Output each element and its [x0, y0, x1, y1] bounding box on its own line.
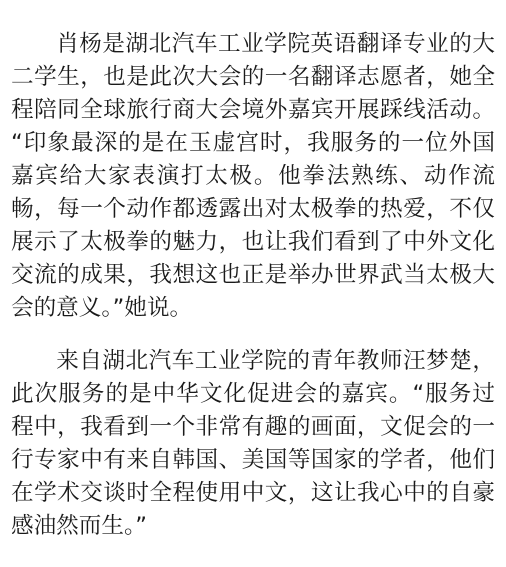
text-line: 展示了太极拳的魅力，也让我们看到了中外文化: [11, 226, 495, 259]
text-line: 二学生，也是此次大会的一名翻译志愿者，她全: [11, 61, 495, 94]
text-line: 程中，我看到一个非常有趣的画面，文促会的一: [11, 411, 495, 444]
paragraph-wang-mengchu: 来自湖北汽车工业学院的青年教师汪梦楚， 此次服务的是中华文化促进会的嘉宾。“服务…: [11, 345, 495, 543]
text-line: “印象最深的是在玉虚宫时，我服务的一位外国: [11, 127, 495, 160]
text-line: 嘉宾给大家表演打太极。他拳法熟练、动作流: [11, 160, 495, 193]
text-line: 交流的成果，我想这也正是举办世界武当太极大: [11, 259, 495, 292]
text-line: 在学术交谈时全程使用中文，这让我心中的自豪: [11, 477, 495, 510]
text-line: 会的意义。”她说。: [11, 292, 495, 325]
text-line: 此次服务的是中华文化促进会的嘉宾。“服务过: [11, 378, 495, 411]
text-line: 行专家中有来自韩国、美国等国家的学者，他们: [11, 444, 495, 477]
text-line: 感油然而生。”: [11, 510, 495, 543]
text-line: 程陪同全球旅行商大会境外嘉宾开展踩线活动。: [11, 94, 495, 127]
paragraph-xiao-yang: 肖杨是湖北汽车工业学院英语翻译专业的大 二学生，也是此次大会的一名翻译志愿者，她…: [11, 28, 495, 325]
text-line: 畅，每一个动作都透露出对太极拳的热爱，不仅: [11, 193, 495, 226]
text-line: 肖杨是湖北汽车工业学院英语翻译专业的大: [11, 28, 495, 61]
text-line: 来自湖北汽车工业学院的青年教师汪梦楚，: [11, 345, 495, 378]
article-body: 肖杨是湖北汽车工业学院英语翻译专业的大 二学生，也是此次大会的一名翻译志愿者，她…: [11, 28, 495, 543]
